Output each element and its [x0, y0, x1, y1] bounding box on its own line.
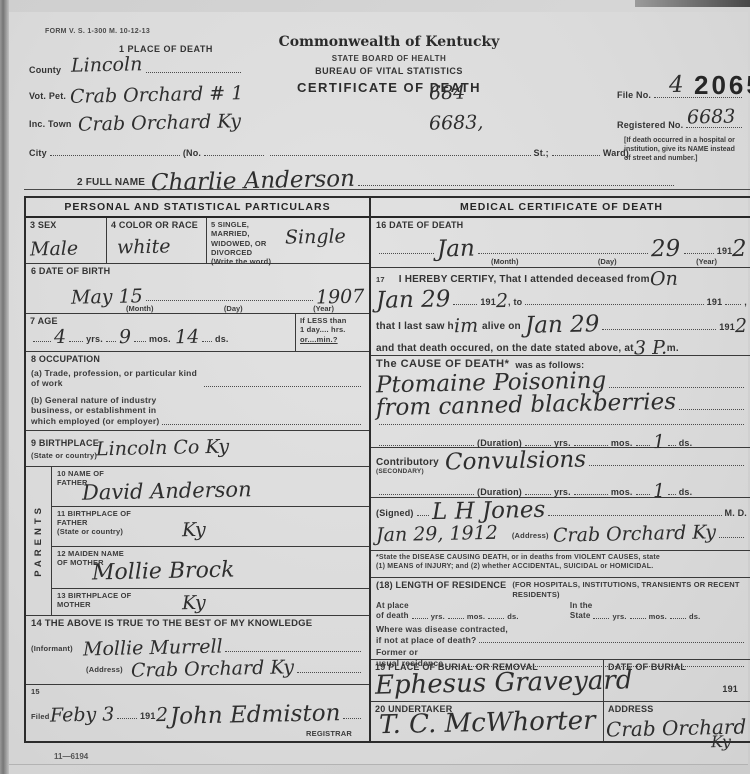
registered-label: Registered No.	[617, 120, 683, 130]
county-value: Lincoln	[71, 55, 143, 75]
cause-footnote: *State the DISEASE CAUSING DEATH, or in …	[371, 551, 750, 579]
dotted-line	[679, 407, 744, 410]
dotted-line	[358, 183, 674, 186]
dotted-line	[204, 153, 264, 156]
dotted-line	[479, 640, 744, 643]
age-label: 7 AGE	[30, 316, 291, 326]
dod-month: Jan	[437, 237, 475, 261]
certify-from-hw: On	[649, 269, 677, 289]
contributory-mos-label: mos.	[611, 487, 633, 497]
residence-yrs-2: yrs.	[612, 612, 626, 621]
full-name-value: Charlie Anderson	[151, 168, 355, 195]
dod-year-hw: 2	[732, 238, 747, 261]
signed-row: (Signed) L H Jones M. D.	[371, 498, 750, 524]
father-name-row: 10 NAME OF FATHER David Anderson	[52, 467, 369, 507]
undertaker-address-label: ADDRESS	[608, 704, 748, 714]
mother-bp-label: 13 BIRTHPLACE OF MOTHER	[57, 591, 137, 610]
birthplace-row: 9 BIRTHPLACE (State or country) Lincoln …	[26, 431, 369, 467]
dotted-line	[297, 670, 361, 673]
signed-date-row: Jan 29, 1912 (Address) Crab Orchard Ky	[371, 523, 750, 551]
file-no-label: File No.	[617, 90, 651, 100]
dotted-line	[33, 339, 51, 342]
signed-date: Jan 29, 1912	[376, 524, 498, 546]
dotted-line	[670, 616, 686, 619]
city-label: City	[29, 148, 47, 158]
filed-date: Feby 3	[49, 706, 114, 726]
dotted-line	[488, 616, 504, 619]
filed-row: 15 Filed Feby 3 191 2 John Edmiston REGI…	[26, 685, 369, 741]
informant-row: 14 THE ABOVE IS TRUE TO THE BEST OF MY K…	[26, 616, 369, 685]
age-less-than-cell: If LESS than 1 day.... hrs. or....min.?	[295, 314, 369, 351]
age-less-line2: 1 day.... hrs.	[300, 325, 365, 334]
certify-row: 17 I HEREBY CERTIFY, That I attended dec…	[371, 268, 750, 356]
at-place-label-2: of death	[376, 611, 409, 621]
in-the-label-1: In the	[570, 601, 747, 611]
dotted-line	[270, 153, 530, 156]
md-label: M. D.	[725, 508, 748, 518]
dotted-line	[574, 443, 608, 446]
parents-gutter: PARENTS	[26, 467, 52, 615]
at-place-label-1: At place	[376, 601, 562, 611]
father-bp-label: 11 BIRTHPLACE OF FATHER	[57, 509, 137, 528]
registrar-signature: John Edmiston	[169, 703, 340, 730]
dotted-line	[609, 385, 744, 388]
certify-statement: I HEREBY CERTIFY, That I attended deceas…	[399, 274, 650, 285]
marital-value: Single	[285, 227, 346, 247]
residence-ds-2: ds.	[689, 612, 700, 621]
dotted-line	[636, 492, 650, 495]
dob-year: 1907	[315, 287, 364, 307]
inc-town-value: Crab Orchard Ky	[77, 112, 240, 134]
truth-statement: 14 THE ABOVE IS TRUE TO THE BEST OF MY K…	[31, 618, 364, 629]
file-no-handwritten: 4	[669, 74, 684, 97]
dotted-line	[630, 616, 646, 619]
dotted-line	[417, 513, 429, 516]
dotted-line	[636, 443, 650, 446]
age-ds-value: 14	[175, 328, 200, 348]
contributory-value: Convulsions	[445, 448, 586, 474]
dotted-line	[50, 153, 180, 156]
vot-pet-number: 684	[429, 84, 466, 104]
divider	[24, 189, 750, 190]
county-label: County	[29, 65, 61, 75]
certify-from-year-printed: 191	[480, 297, 496, 307]
cause-mos-label: mos.	[611, 438, 633, 448]
filed-item-number: 15	[31, 687, 364, 696]
dod-year-label: (Year)	[696, 257, 717, 266]
dotted-line	[668, 492, 676, 495]
dotted-line	[548, 513, 722, 516]
father-bp-note: (State or country)	[57, 527, 364, 536]
informant-label: (Informant)	[31, 644, 73, 653]
in-the-label-2: State	[570, 611, 591, 621]
dotted-line	[684, 251, 714, 254]
footnote-line-1: *State the DISEASE CAUSING DEATH, or in …	[376, 553, 747, 562]
sex-label: 3 SEX	[30, 220, 102, 230]
dotted-line	[117, 716, 137, 719]
scanned-certificate: FORM V. S. 1-300 M. 10-12-13 Commonwealt…	[0, 0, 750, 774]
death-time-m: m.	[667, 343, 679, 354]
file-no-stamp: 2065	[694, 70, 750, 101]
certify-to-comma: ,	[744, 297, 747, 307]
signed-value: L H Jones	[431, 498, 545, 523]
state-board-line: STATE BOARD OF HEALTH	[264, 54, 514, 63]
footnote-line-2: (1) MEANS of INJURY; and (2) whether ACC…	[376, 562, 747, 571]
dotted-line	[379, 492, 474, 495]
age-less-line3: or....min.?	[300, 335, 365, 344]
city-st-label: St.;	[534, 148, 549, 158]
dotted-line	[478, 251, 649, 254]
age-yrs-label: yrs.	[86, 334, 103, 344]
bottom-form-code: 11—6194	[54, 752, 88, 761]
certificate-sheet: FORM V. S. 1-300 M. 10-12-13 Commonwealt…	[9, 12, 748, 765]
mother-birthplace-row: 13 BIRTHPLACE OF MOTHER Ky	[52, 589, 369, 614]
dotted-line	[162, 422, 361, 425]
dotted-line	[343, 716, 361, 719]
cause-of-death-row: The CAUSE OF DEATH* was as follows: Ptom…	[371, 356, 750, 448]
occupation-b1: (b) General nature of industry	[31, 395, 364, 406]
birthplace-label: 9 BIRTHPLACE	[31, 438, 99, 448]
undertaker-row: 20 UNDERTAKER ADDRESS T. C. McWhorter Cr…	[371, 702, 750, 741]
dod-month-label: (Month)	[491, 257, 518, 266]
filed-label: Filed	[31, 712, 50, 721]
dotted-line	[379, 251, 434, 254]
county-line: County Lincoln	[29, 56, 244, 75]
certificate-body: PERSONAL AND STATISTICAL PARTICULARS 3 S…	[24, 196, 750, 743]
filed-year-hw: 2	[155, 706, 167, 725]
registrar-label: REGISTRAR	[306, 729, 352, 738]
dotted-line	[134, 339, 146, 342]
age-less-line1: If LESS than	[300, 316, 365, 325]
bureau-line: BUREAU OF VITAL STATISTICS	[264, 66, 514, 76]
sex-value: Male	[30, 239, 78, 259]
certify-to-label: , to	[508, 297, 522, 307]
mother-name-value: Mollie Brock	[92, 559, 235, 584]
age-yrs-value: 4	[54, 328, 66, 347]
undertaker-address-value-2: Ky	[711, 734, 731, 750]
where-contracted-1: Where was disease contracted,	[376, 624, 747, 635]
last-saw-year-printed: 191	[719, 322, 735, 332]
dotted-line	[552, 153, 600, 156]
medical-column: MEDICAL CERTIFICATE OF DEATH 16 DATE OF …	[371, 198, 750, 741]
dotted-line	[525, 492, 551, 495]
sex-color-marital-row: 3 SEX Male 4 COLOR OR RACE white 5 SINGL…	[26, 218, 369, 264]
dotted-line	[379, 422, 744, 425]
parents-block: PARENTS 10 NAME OF FATHER David Anderson…	[26, 467, 369, 616]
father-bp-value: Ky	[182, 520, 206, 539]
dotted-line	[106, 339, 116, 342]
contributory-yrs-label: yrs.	[554, 487, 571, 497]
father-birthplace-row: 11 BIRTHPLACE OF FATHER (State or countr…	[52, 507, 369, 547]
dotted-line	[225, 649, 361, 652]
where-contracted-2: if not at place of death?	[376, 635, 476, 646]
residence-mos-2: mos.	[649, 612, 667, 621]
dotted-line	[204, 384, 361, 387]
dob-row: 6 DATE OF BIRTH May 15 1907 (Month) (Day…	[26, 264, 369, 314]
registered-value: 6683	[687, 107, 736, 127]
certify-from-date: Jan 29	[376, 288, 451, 313]
film-strip	[635, 0, 750, 7]
last-saw-year-hw: 2	[735, 317, 747, 336]
last-saw-text-2: alive on	[482, 321, 521, 332]
inc-town-label: Inc. Town	[29, 119, 72, 129]
vot-pet-label: Vot. Pet.	[29, 91, 66, 101]
city-no-label: (No.	[183, 148, 201, 158]
certify-to-year: 191	[707, 297, 723, 307]
color-cell: 4 COLOR OR RACE white	[106, 218, 206, 263]
certificate-header: Commonwealth of Kentucky STATE BOARD OF …	[264, 34, 514, 95]
contributory-duration-label: (Duration)	[477, 487, 522, 497]
occupation-b3: which employed (or employer)	[31, 416, 159, 427]
residence-label: (18) LENGTH OF RESIDENCE	[376, 580, 506, 590]
last-saw-hw: im	[454, 316, 478, 336]
residence-yrs-1: yrs.	[431, 612, 445, 621]
dob-value: May 15	[71, 287, 143, 307]
dotted-line	[146, 298, 313, 301]
contributory-row: Contributory Convulsions (SECONDARY) (Du…	[371, 448, 750, 498]
certificate-title: CERTIFICATE OF DEATH	[264, 80, 514, 95]
last-saw-date: Jan 29	[525, 313, 600, 338]
hospital-note: [If death occurred in a hospital or inst…	[624, 136, 742, 163]
date-of-death-row: 16 DATE OF DEATH Jan 29 191 2 (Month) (D…	[371, 218, 750, 268]
dotted-line	[668, 443, 676, 446]
full-name-line: 2 FULL NAME Charlie Anderson	[77, 170, 677, 188]
dod-label: 16 DATE OF DEATH	[376, 220, 747, 230]
last-saw-text-1: that I last saw h	[376, 321, 454, 332]
vot-pet-line: Vot. Pet. Crab Orchard # 1	[29, 86, 259, 101]
personal-section-title: PERSONAL AND STATISTICAL PARTICULARS	[26, 198, 369, 218]
informant-address-value: Crab Orchard Ky	[131, 658, 294, 680]
occupation-a-label: (a) Trade, profession, or particular kin…	[31, 368, 201, 389]
residence-note: (FOR HOSPITALS, INSTITUTIONS, TRANSIENTS…	[512, 580, 742, 599]
dotted-line	[602, 327, 716, 330]
dotted-line	[448, 616, 464, 619]
age-row: 7 AGE 4 yrs. 9 mos. 14	[26, 314, 369, 352]
occupation-row: 8 OCCUPATION (a) Trade, profession, or p…	[26, 352, 369, 431]
color-label: 4 COLOR OR RACE	[111, 220, 202, 230]
cause-line-2: from canned blackberries	[376, 391, 676, 420]
undertaker-value: T. C. McWhorter	[379, 707, 596, 738]
marital-label: 5 SINGLE, MARRIED, WIDOWED, OR DIVORCED	[211, 220, 281, 258]
cause-duration-label: (Duration)	[477, 438, 522, 448]
dotted-line	[525, 302, 703, 305]
signed-address-label: (Address)	[512, 531, 549, 540]
dotted-line	[379, 443, 474, 446]
dod-day-label: (Day)	[598, 257, 617, 266]
sex-cell: 3 SEX Male	[26, 218, 106, 263]
cause-ds-label: ds.	[679, 438, 693, 448]
full-name-label: 2 FULL NAME	[77, 177, 145, 188]
commonwealth-title: Commonwealth of Kentucky	[264, 34, 514, 50]
informant-address-label: (Address)	[86, 665, 123, 674]
burial-row: 19 PLACE OF BURIAL OR REMOVAL DATE OF BU…	[371, 660, 750, 701]
dod-day: 29	[651, 237, 681, 261]
inc-town-number: 6683,	[429, 113, 484, 133]
film-edge	[0, 0, 9, 774]
dotted-line	[146, 70, 241, 73]
dotted-line	[719, 535, 744, 538]
mother-name-row: 12 MAIDEN NAME OF MOTHER Mollie Brock	[52, 547, 369, 589]
father-name-value: David Anderson	[82, 479, 252, 504]
dotted-line	[453, 302, 477, 305]
residence-row: (18) LENGTH OF RESIDENCE (FOR HOSPITALS,…	[371, 578, 750, 660]
color-value: white	[117, 237, 171, 257]
certify-from-year-hw: 2	[496, 292, 508, 311]
contributory-label: Contributory	[376, 457, 439, 468]
city-line: City (No. St.; Ward)	[29, 148, 629, 158]
death-occurred-text: and that death occured, on the date stat…	[376, 343, 634, 354]
burial-place-value: Ephesus Graveyard	[375, 668, 633, 699]
dotted-line	[525, 443, 551, 446]
dotted-line	[574, 492, 608, 495]
dotted-line	[69, 339, 83, 342]
day-label: (Day)	[224, 304, 243, 313]
dob-label: 6 DATE OF BIRTH	[31, 266, 364, 276]
contributory-ds-label: ds.	[679, 487, 693, 497]
signed-label: (Signed)	[376, 508, 414, 518]
marital-cell: 5 SINGLE, MARRIED, WIDOWED, OR DIVORCED …	[206, 218, 369, 263]
dod-year-printed: 191	[717, 246, 733, 256]
residence-mos-1: mos.	[467, 612, 485, 621]
medical-section-title: MEDICAL CERTIFICATE OF DEATH	[371, 198, 750, 218]
personal-column: PERSONAL AND STATISTICAL PARTICULARS 3 S…	[26, 198, 371, 741]
filed-year-printed: 191	[140, 711, 156, 721]
burial-date-printed: 191	[722, 684, 738, 694]
age-ds-label: ds.	[215, 334, 229, 344]
age-mos-value: 9	[119, 328, 131, 347]
dotted-line	[593, 616, 609, 619]
age-cell: 7 AGE 4 yrs. 9 mos. 14	[26, 314, 295, 351]
age-mos-label: mos.	[149, 334, 171, 344]
inc-town-line: Inc. Town Crab Orchard Ky	[29, 114, 264, 129]
parents-label: PARENTS	[33, 504, 44, 577]
certify-item-number: 17	[376, 275, 385, 284]
informant-value: Mollie Murrell	[83, 637, 223, 659]
mother-bp-value: Ky	[182, 593, 206, 612]
occupation-label: 8 OCCUPATION	[31, 354, 364, 364]
cause-label: The CAUSE OF DEATH*	[376, 358, 509, 370]
dotted-line	[589, 463, 744, 466]
signed-address-value: Crab Orchard Ky	[552, 524, 715, 546]
vot-pet-value: Crab Orchard # 1	[70, 84, 244, 107]
dotted-line	[412, 616, 428, 619]
occupation-b2: business, or establishment in	[31, 405, 364, 416]
form-number: FORM V. S. 1-300 M. 10-12-13	[45, 28, 150, 35]
former-residence-1: Former or	[376, 647, 747, 658]
residence-ds-1: ds.	[507, 612, 518, 621]
dotted-line	[725, 302, 741, 305]
birthplace-value: Lincoln Co Ky	[96, 438, 229, 460]
dotted-line	[202, 339, 212, 342]
